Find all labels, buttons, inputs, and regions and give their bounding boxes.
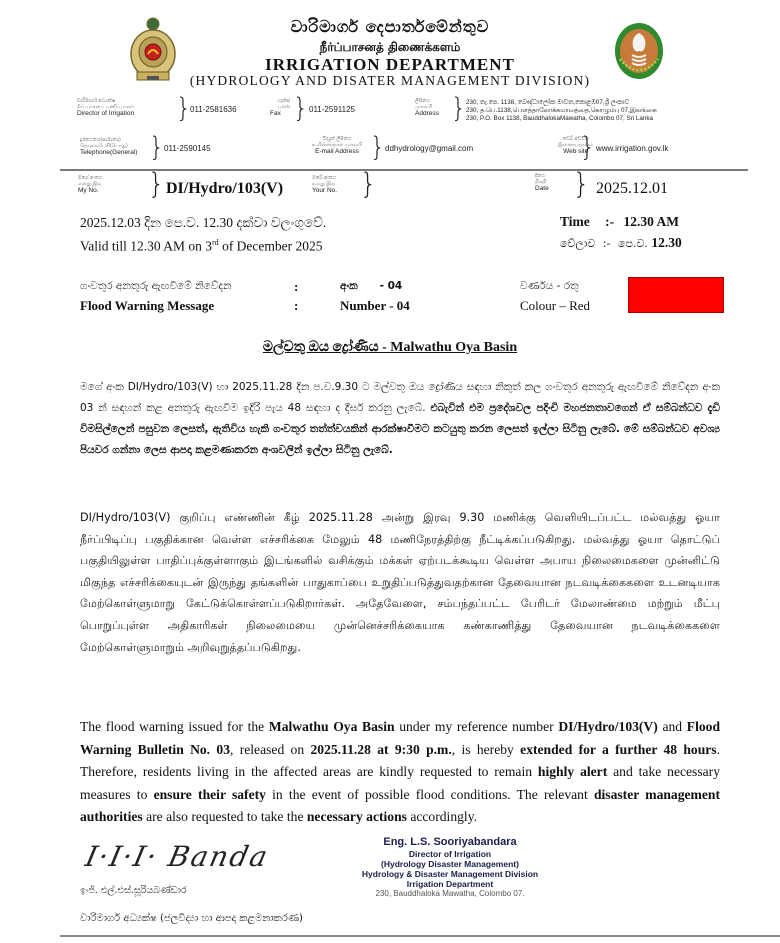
colour-label-en: Colour – Red <box>520 296 590 315</box>
brace: } <box>148 171 165 197</box>
handwritten-signature: I·I·I· Banda <box>82 840 272 873</box>
time-sinhala: වේලාව :- පෙ.ව. 12.30 <box>560 235 682 251</box>
warning-label-si: ගංවතුර අනතුරු ඇඟවීමේ නිවේදන <box>80 277 232 296</box>
time-label-si: වේලාව <box>560 237 595 250</box>
warning-colour-swatch <box>628 277 724 313</box>
official-stamp: Eng. L.S. Sooriyabandara Director of Irr… <box>340 836 560 899</box>
stamp-address: 230, Bauddhaloka Mawatha, Colombo 07. <box>340 889 560 899</box>
email-address[interactable]: ddhydrology@gmail.com <box>385 144 473 153</box>
telephone-label: දුරකථනය(සාමාන්‍ය) தொலைபேசி(பொது) Telepho… <box>80 137 137 157</box>
validity-english: Valid till 12.30 AM on 3rd of December 2… <box>80 233 326 257</box>
body-text: accordingly. <box>407 809 477 824</box>
stamp-line: Irrigation Department <box>340 879 560 889</box>
emphasis-text: Malwathu Oya Basin <box>269 719 395 734</box>
brace: } <box>293 95 308 121</box>
document-date: 2025.12.01 <box>596 180 668 198</box>
brace: } <box>370 134 385 160</box>
department-title-english: IRRIGATION DEPARTMENT <box>0 55 780 75</box>
address-line-ta: 230, த.பெ.1138,பௌத்தாலோக்கமாவத்தை,கொழும்… <box>466 107 657 115</box>
signatory-title-sinhala: වාරිමාර්ග අධ්‍යක්ෂ (ජලවිද්‍යා හා ආපදා කළ… <box>80 913 303 924</box>
stamp-line: Hydrology & Disaster Management Division <box>340 869 560 879</box>
time-separator: :- <box>605 214 614 229</box>
fax-label: ෆැක්ස් பக்ஸ் Fax <box>270 98 290 118</box>
stamp-line: Director of Irrigation <box>340 849 560 859</box>
brace: } <box>360 171 377 197</box>
your-no-label: ඔබේ අංකය உமது இல Your No. <box>312 175 337 195</box>
your-no-label-en: Your No. <box>312 187 337 195</box>
validity-en-suffix: of December 2025 <box>219 239 323 254</box>
time-value-si: 12.30 <box>651 235 681 250</box>
website-url[interactable]: www.irrigation.gov.lk <box>596 144 668 153</box>
brace: } <box>580 134 595 160</box>
department-title-sinhala: වාරිමාර්ග දෙපාර්තමේන්තුව <box>0 17 780 37</box>
emphasis-text: DI/Hydro/103(V) <box>558 719 657 734</box>
time-separator-si: :- <box>603 237 611 250</box>
warning-number-si: අංක - 04 <box>340 277 402 296</box>
fax-label-en: Fax <box>270 110 290 118</box>
telephone-number: 011-2590145 <box>164 144 211 153</box>
emphasis-text: necessary actions <box>307 809 407 824</box>
email-label: විද්‍යුත් ලිපිනය உமின்னஞ்சல் முகவரி E-ma… <box>312 136 362 156</box>
colon: : <box>294 296 298 315</box>
validity-en-sup: rd <box>212 238 219 247</box>
warning-number-en: Number - 04 <box>340 296 410 315</box>
date-label: දිනය திகதி Date <box>535 173 549 193</box>
my-reference-number: DI/Hydro/103(V) <box>166 180 283 198</box>
department-title-tamil: நீர்ப்பாசனத் திணைக்களம் <box>0 40 780 56</box>
director-phone: 011-2581636 <box>190 105 237 114</box>
my-no-label-en: My No. <box>78 187 102 195</box>
body-text: under my reference number <box>395 719 559 734</box>
my-no-label: මගේ අංකය எனது இல My No. <box>78 175 102 195</box>
address-label-en: Address <box>415 110 439 118</box>
footer-divider <box>60 935 780 937</box>
brace: } <box>149 134 164 160</box>
body-text: , is hereby <box>452 742 520 757</box>
brace: } <box>176 95 191 121</box>
validity-sinhala: 2025.12.03 දින පෙ.ව. 12.30 දක්වා වලංගුවේ… <box>80 213 326 233</box>
validity-block: 2025.12.03 දින පෙ.ව. 12.30 දක්වා වලංගුවේ… <box>80 213 326 257</box>
tamil-paragraph: DI/Hydro/103(V) குறிப்பு எண்ணின் கீழ் 20… <box>80 507 720 658</box>
address-lines: 230, තැ.පෙ. 1138, බෞද්ධාලෝක මාවත,කොළඹ07,… <box>466 99 657 123</box>
address-line-si: 230, තැ.පෙ. 1138, බෞද්ධාලෝක මාවත,කොළඹ07,… <box>466 99 657 107</box>
body-text: are also requested to take the <box>143 809 307 824</box>
date-label-en: Date <box>535 185 549 193</box>
director-label-en: Director of Irrigation <box>77 110 134 118</box>
fax-number: 011-2591125 <box>309 105 355 114</box>
validity-en-prefix: Valid till 12.30 AM on 3 <box>80 239 212 254</box>
colon: : <box>294 277 298 296</box>
colour-label-si: වර්ණය - රතු <box>520 277 579 296</box>
brace: } <box>573 171 590 197</box>
time-english: Time :- 12.30 AM <box>560 214 679 230</box>
director-contact-label: වාරිමාර්ග අධ්‍යක්ෂ நீர்ப்பாசனப் பணிப்பாள… <box>77 98 134 118</box>
time-value: 12.30 AM <box>624 214 680 229</box>
warning-label-en: Flood Warning Message <box>80 296 214 315</box>
time-prefix-si: පෙ.ව. <box>618 237 648 250</box>
telephone-label-en: Telephone(General) <box>80 149 137 157</box>
brace: } <box>451 95 466 121</box>
time-label: Time <box>560 214 590 229</box>
stamp-line: (Hydrology Disaster Management) <box>340 859 560 869</box>
address-label: ලිපිනය முகவரி Address <box>415 98 439 118</box>
sinhala-paragraph: මගේ අංක DI/Hydro/103(V) හා 2025.11.28 දි… <box>80 377 720 461</box>
english-paragraph: The flood warning issued for the Malwath… <box>80 716 720 829</box>
division-title: (HYDROLOGY AND DISATER MANAGEMENT DIVISI… <box>0 73 780 89</box>
body-text: The flood warning issued for the <box>80 719 269 734</box>
body-text: in the event of possible flood condition… <box>266 787 594 802</box>
emphasis-text: highly alert <box>538 764 607 779</box>
emphasis-text: 2025.11.28 at 9:30 p.m. <box>310 742 451 757</box>
address-line-en: 230, P.O. Box 1138, BauddhalokaMawatha, … <box>466 115 657 123</box>
basin-title: මල්වතු ඔය ද්‍රෝණිය - Malwathu Oya Basin <box>0 340 780 356</box>
body-text: , released on <box>230 742 310 757</box>
emphasis-text: ensure their safety <box>154 787 266 802</box>
body-text: and <box>658 719 687 734</box>
emphasis-text: extended for a further 48 hours <box>520 742 716 757</box>
stamp-name: Eng. L.S. Sooriyabandara <box>340 836 560 849</box>
email-label-en: E-mail Address <box>312 148 362 156</box>
signatory-name-sinhala: ඉංජි. එල්.එස්.සූරියබණ්ඩාර <box>80 885 187 896</box>
